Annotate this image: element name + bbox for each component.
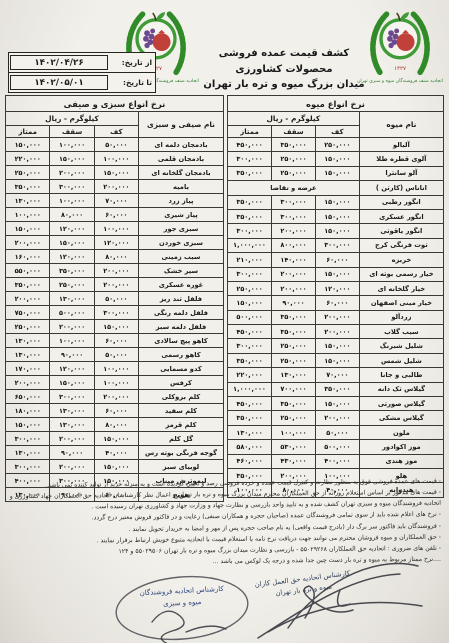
stamp-left-title: کارشناس اتحادیه فروشندگان میوه و سبزی — [115, 583, 248, 613]
premium-price: ۲۰۰,۰۰۰ — [6, 292, 50, 306]
item-name: غوره عسکری — [138, 278, 223, 292]
date-from-row: از تاریخ: ۱۴۰۲/۰۴/۲۶ — [9, 53, 155, 72]
floor-price: ۱۵۰,۰۰۰ — [315, 353, 359, 367]
premium-price: ۴۵۰,۰۰۰ — [228, 138, 272, 152]
table-row: فلفل دلمه رنگی ۳۰۰,۰۰۰ ۵۰۰,۰۰۰ ۷۵۰,۰۰۰ — [6, 306, 224, 320]
ceiling-price: ۱۰۰,۰۰۰ — [50, 334, 94, 348]
premium-price: ۵۸۰,۰۰۰ — [228, 440, 272, 454]
table-row: آلوی قطره طلا ۱۵۰,۰۰۰ ۲۵۰,۰۰۰ ۳۰۰,۰۰۰ — [228, 152, 444, 166]
ceiling-price: ۱۳۰,۰۰۰ — [50, 404, 94, 418]
floor-price: ۵۰,۰۰۰ — [94, 292, 138, 306]
premium-price: ۱۳۰,۰۰۰ — [6, 348, 50, 362]
ceiling-price: ۱۳۰,۰۰۰ — [50, 292, 94, 306]
floor-price: ۳۰۰,۰۰۰ — [315, 238, 359, 252]
item-name: سبزی خوردن — [138, 236, 223, 250]
premium-price: ۱۳۰,۰۰۰ — [6, 446, 50, 460]
ceiling-price: ۱۴۰,۰۰۰ — [272, 253, 316, 267]
table-row: خیار مینی اصفهان ۶۰,۰۰۰ ۹۰,۰۰۰ ۱۵۰,۰۰۰ — [228, 296, 444, 310]
floor-price: ۱۵۰,۰۰۰ — [315, 195, 359, 209]
floor-price: ۶۰,۰۰۰ — [94, 334, 138, 348]
table-row: کاهو پیچ سالادی ۶۰,۰۰۰ ۱۰۰,۰۰۰ ۱۳۰,۰۰۰ — [6, 334, 224, 348]
col-ceiling: سقف — [50, 126, 94, 138]
ceiling-price: ۹۰,۰۰۰ — [50, 348, 94, 362]
floor-price: ۲۵۰,۰۰۰ — [315, 138, 359, 152]
item-name: کلم بروکلی — [138, 390, 223, 404]
ceiling-price: ۴۳۰,۰۰۰ — [272, 454, 316, 468]
ceiling-price: ۲۰۰,۰۰۰ — [272, 224, 316, 238]
floor-price: ۶۰,۰۰۰ — [94, 208, 138, 222]
premium-price: ۳۵۰,۰۰۰ — [6, 180, 50, 194]
item-name: انگور رطبی — [359, 195, 443, 209]
item-name: کاهو رسمی — [138, 348, 223, 362]
floor-price: ۲۰۰,۰۰۰ — [94, 390, 138, 404]
floor-price: ۵۰,۰۰۰ — [94, 138, 138, 152]
premium-price: ۱۸۰,۰۰۰ — [6, 404, 50, 418]
vegetable-price-table: نرخ انواع سبزی و صیفی نام صیفی و سبزی کی… — [5, 95, 224, 502]
floor-price: ۱۵۰,۰۰۰ — [315, 339, 359, 353]
ceiling-price: ۵۳۰,۰۰۰ — [272, 440, 316, 454]
stamp-signature-scribble-icon — [152, 611, 226, 643]
ceiling-price: ۱۰۰,۰۰۰ — [272, 425, 316, 439]
floor-price: ۶۰,۰۰۰ — [315, 253, 359, 267]
veg-name-header: نام صیفی و سبزی — [138, 112, 223, 138]
item-name: کلم قرمز — [138, 418, 223, 432]
floor-price: ۲۰۰,۰۰۰ — [94, 264, 138, 278]
table-row: موز اکوادور ۵۰۰,۰۰۰ ۵۳۰,۰۰۰ ۵۸۰,۰۰۰ — [228, 440, 444, 454]
table-row: خربزه ۶۰,۰۰۰ ۱۴۰,۰۰۰ ۲۱۰,۰۰۰ — [228, 253, 444, 267]
table-row: سیب زمینی ۸۰,۰۰۰ ۱۲۰,۰۰۰ ۱۶۰,۰۰۰ — [6, 250, 224, 264]
premium-price: ۳۵۰,۰۰۰ — [228, 411, 272, 425]
item-name: آلو سانترا — [359, 166, 443, 180]
ceiling-price: ۳۰۰,۰۰۰ — [272, 209, 316, 223]
table-row: فلفل تند ریز ۵۰,۰۰۰ ۱۳۰,۰۰۰ ۲۰۰,۰۰۰ — [6, 292, 224, 306]
floor-price: ۶۰,۰۰۰ — [94, 404, 138, 418]
item-name: ملون — [359, 425, 443, 439]
premium-price: ۳۰۰,۰۰۰ — [228, 267, 272, 281]
premium-price: ۳۵۰,۰۰۰ — [6, 278, 50, 292]
ceiling-price: ۱۳۰,۰۰۰ — [50, 418, 94, 432]
item-name: گوجه فرنگی بوته رس — [138, 446, 223, 460]
floor-price: ۸۰,۰۰۰ — [94, 418, 138, 432]
col-premium: ممتاز — [6, 126, 50, 138]
floor-price: ۲۰۰,۰۰۰ — [315, 411, 359, 425]
table-row: آلبالو ۲۵۰,۰۰۰ ۳۵۰,۰۰۰ ۴۵۰,۰۰۰ — [228, 138, 444, 152]
ceiling-price: ۳۵۰,۰۰۰ — [50, 264, 94, 278]
premium-price: ۲۵۰,۰۰۰ — [6, 166, 50, 180]
premium-price: ۴۵۰,۰۰۰ — [228, 397, 272, 411]
item-name: گل کلم — [138, 432, 223, 446]
premium-price: ۳۵۰,۰۰۰ — [228, 353, 272, 367]
table-row: ملون ۵۰,۰۰۰ ۱۰۰,۰۰۰ ۱۳۰,۰۰۰ — [228, 425, 444, 439]
ceiling-price: ۱۰۰,۰۰۰ — [50, 138, 94, 152]
premium-price: ۲۰۰,۰۰۰ — [6, 376, 50, 390]
table-row: خیار گلخانه ای ۱۲۰,۰۰۰ ۲۰۰,۰۰۰ ۲۵۰,۰۰۰ — [228, 281, 444, 295]
item-name: خیار گلخانه ای — [359, 281, 443, 295]
fruit-name-header: نام میوه — [359, 112, 443, 138]
item-name: پیاز شیری — [138, 208, 223, 222]
ceiling-price: ۱۵۰,۰۰۰ — [50, 236, 94, 250]
unit-header: کیلوگرم - ریال — [6, 112, 139, 126]
item-name: آلبالو — [359, 138, 443, 152]
floor-price: ۱۵۰,۰۰۰ — [315, 267, 359, 281]
premium-price: ۲۲۰,۰۰۰ — [6, 152, 50, 166]
title-line-1: کشف قیمت عمده فروشی محصولات کشاورزی — [202, 46, 366, 77]
logo-caption: اتحادیه صنف فروشندگان میوه و سبزی تهران — [352, 79, 448, 85]
premium-price: ۳۵۰,۰۰۰ — [228, 166, 272, 180]
premium-price: ۳۰۰,۰۰۰ — [228, 339, 272, 353]
floor-price: ۵۰۰,۰۰۰ — [315, 440, 359, 454]
col-premium: ممتاز — [228, 126, 272, 138]
table-row: اناناس (کارتن ) عرضه و تقاضا — [228, 181, 444, 195]
table-row: کلم بروکلی ۲۰۰,۰۰۰ ۳۰۰,۰۰۰ ۶۵۰,۰۰۰ — [6, 390, 224, 404]
ceiling-price: ۲۰۰,۰۰۰ — [272, 281, 316, 295]
premium-price: ۱,۰۰۰,۰۰۰ — [228, 382, 272, 396]
table-row: طالبی و جانا ۷۰,۰۰۰ ۱۳۰,۰۰۰ ۲۲۰,۰۰۰ — [228, 368, 444, 382]
date-to-value: ۱۴۰۲/۰۵/۰۱ — [10, 75, 108, 91]
union-logo-right: ۱۳۲۷ — [364, 3, 436, 79]
premium-price: ۳۰۰,۰۰۰ — [6, 460, 50, 474]
item-name: گیلاس صورتی — [359, 397, 443, 411]
apple-icon — [137, 12, 175, 58]
premium-price: ۴۶۰,۰۰۰ — [228, 454, 272, 468]
item-name: بادمجان قلمی — [138, 152, 223, 166]
floor-price: ۱۵۰,۰۰۰ — [94, 460, 138, 474]
title-line-2: میدان بزرگ میوه و تره بار تهران — [202, 77, 366, 93]
premium-price: ۳۵۰,۰۰۰ — [228, 195, 272, 209]
floor-price: ۱۵۰,۰۰۰ — [315, 209, 359, 223]
premium-price: ۱۷۰,۰۰۰ — [6, 362, 50, 376]
floor-price: ۱۵۰,۰۰۰ — [94, 320, 138, 334]
ceiling-price: ۸۰,۰۰۰ — [50, 208, 94, 222]
table-row: سبزی جور ۱۰۰,۰۰۰ ۱۲۰,۰۰۰ ۱۵۰,۰۰۰ — [6, 222, 224, 236]
item-name: بامیه — [138, 180, 223, 194]
ceiling-price: ۱۵۰,۰۰۰ — [50, 376, 94, 390]
ceiling-price: ۲۵۰,۰۰۰ — [272, 166, 316, 180]
premium-price: ۱۵۰,۰۰۰ — [228, 296, 272, 310]
item-name: کدو مسمایی — [138, 362, 223, 376]
ceiling-price: ۱۵۰,۰۰۰ — [50, 152, 94, 166]
ceiling-price: ۲۵۰,۰۰۰ — [272, 339, 316, 353]
ceiling-price: ۳۵۰,۰۰۰ — [272, 138, 316, 152]
item-name: پیاز زرد — [138, 194, 223, 208]
premium-price: ۱۵۰,۰۰۰ — [6, 138, 50, 152]
floor-price: ۱۰۰,۰۰۰ — [94, 362, 138, 376]
premium-price: ۵۰۰,۰۰۰ — [228, 310, 272, 324]
premium-price: ۲۵۰,۰۰۰ — [228, 281, 272, 295]
floor-price: ۲۰۰,۰۰۰ — [94, 278, 138, 292]
floor-price: ۸۰,۰۰۰ — [94, 250, 138, 264]
floor-price: ۴۰,۰۰۰ — [94, 446, 138, 460]
ceiling-price: ۹۰,۰۰۰ — [272, 296, 316, 310]
ceiling-price: ۲۰۰,۰۰۰ — [272, 267, 316, 281]
signature-right-title: کارشناس اتحادیه حق العمل کاران میوه و تر… — [239, 566, 367, 602]
premium-price: ۳۵۰,۰۰۰ — [228, 209, 272, 223]
item-name: سبزی جور — [138, 222, 223, 236]
table-row: زردآلو ۲۰۰,۰۰۰ ۳۵۰,۰۰۰ ۵۰۰,۰۰۰ — [228, 310, 444, 324]
item-name: سیب زمینی — [138, 250, 223, 264]
ceiling-price: ۱۳۰,۰۰۰ — [272, 368, 316, 382]
ceiling-price: ۲۰۰,۰۰۰ — [50, 166, 94, 180]
item-name: موز هندی — [359, 454, 443, 468]
ceiling-price: ۱۰۰,۰۰۰ — [50, 194, 94, 208]
ceiling-price: ۳۰۰,۰۰۰ — [50, 390, 94, 404]
ceiling-price: ۸۰۰,۰۰۰ — [272, 238, 316, 252]
table-row: بامیه ۲۰۰,۰۰۰ ۳۰۰,۰۰۰ ۳۵۰,۰۰۰ — [6, 180, 224, 194]
ceiling-price: ۳۰۰,۰۰۰ — [50, 180, 94, 194]
apple-icon — [381, 12, 419, 58]
unit-header: کیلوگرم - ریال — [228, 112, 360, 126]
floor-price: ۲۰۰,۰۰۰ — [94, 180, 138, 194]
premium-price: ۴۵۰,۰۰۰ — [228, 325, 272, 339]
col-ceiling: سقف — [272, 126, 316, 138]
floor-price: ۱۵۰,۰۰۰ — [315, 397, 359, 411]
floor-price: ۵۰,۰۰۰ — [315, 425, 359, 439]
item-name: خیار مینی اصفهان — [359, 296, 443, 310]
ceiling-price: ۳۵۰,۰۰۰ — [272, 325, 316, 339]
premium-price: ۳۰۰,۰۰۰ — [6, 432, 50, 446]
item-name: توت فرنگی کرج — [359, 238, 443, 252]
premium-price: ۱۵۰,۰۰۰ — [6, 418, 50, 432]
item-name: بادمجان دلمه ای — [138, 138, 223, 152]
ceiling-price: ۲۵۰,۰۰۰ — [272, 152, 316, 166]
table-row: سیر خشک ۲۰۰,۰۰۰ ۳۵۰,۰۰۰ ۵۵۰,۰۰۰ — [6, 264, 224, 278]
table-row: پیاز زرد ۷۰,۰۰۰ ۱۰۰,۰۰۰ ۱۳۰,۰۰۰ — [6, 194, 224, 208]
floor-price: ۳۰۰,۰۰۰ — [94, 306, 138, 320]
premium-price: ۲۰۰,۰۰۰ — [6, 236, 50, 250]
table-row: گیلاس مشکی ۲۰۰,۰۰۰ ۲۵۰,۰۰۰ ۳۵۰,۰۰۰ — [228, 411, 444, 425]
item-name: سیر خشک — [138, 264, 223, 278]
floor-price: ۶۰,۰۰۰ — [315, 296, 359, 310]
premium-price: ۶۵۰,۰۰۰ — [6, 390, 50, 404]
item-name: فلفل دلمه سبز — [138, 320, 223, 334]
item-name: بادمجان گلخانه ای — [138, 166, 223, 180]
floor-price: ۱۰۰,۰۰۰ — [94, 222, 138, 236]
table-row: شلیل شبرنگ ۱۵۰,۰۰۰ ۲۵۰,۰۰۰ ۳۰۰,۰۰۰ — [228, 339, 444, 353]
table-row: انگور یاقوتی ۱۵۰,۰۰۰ ۲۰۰,۰۰۰ ۳۰۰,۰۰۰ — [228, 224, 444, 238]
item-name: فلفل دلمه رنگی — [138, 306, 223, 320]
floor-price: ۱۵۰,۰۰۰ — [315, 152, 359, 166]
item-name: لوبیای سبز — [138, 460, 223, 474]
ceiling-price: ۲۰۰,۰۰۰ — [50, 320, 94, 334]
table-row: لوبیای سبز ۱۵۰,۰۰۰ ۲۰۰,۰۰۰ ۳۰۰,۰۰۰ — [6, 460, 224, 474]
item-name: خیار رسمی بوته ای — [359, 267, 443, 281]
floor-price: ۱۵۰,۰۰۰ — [315, 224, 359, 238]
floor-price: ۲۰۰,۰۰۰ — [315, 310, 359, 324]
premium-price: ۱۵۰,۰۰۰ — [6, 222, 50, 236]
item-name: آلوی قطره طلا — [359, 152, 443, 166]
item-name: شلیل شبرنگ — [359, 339, 443, 353]
floor-price: ۱۲۰,۰۰۰ — [94, 236, 138, 250]
ceiling-price: ۲۵۰,۰۰۰ — [50, 278, 94, 292]
premium-price: ۳۰۰,۰۰۰ — [228, 152, 272, 166]
date-range-box: از تاریخ: ۱۴۰۲/۰۴/۲۶ تا تاریخ: ۱۴۰۲/۰۵/۰… — [8, 52, 156, 93]
premium-price: ۱,۰۰۰,۰۰۰ — [228, 238, 272, 252]
ceiling-price: ۲۰۰,۰۰۰ — [50, 432, 94, 446]
table-row: سبزی خوردن ۱۲۰,۰۰۰ ۱۵۰,۰۰۰ ۲۰۰,۰۰۰ — [6, 236, 224, 250]
item-name: طالبی و جانا — [359, 368, 443, 382]
table-row: موز هندی ۴۰۰,۰۰۰ ۴۳۰,۰۰۰ ۴۶۰,۰۰۰ — [228, 454, 444, 468]
premium-price: ۷۵۰,۰۰۰ — [6, 306, 50, 320]
item-name: گیلاس مشکی — [359, 411, 443, 425]
table-row: بادمجان دلمه ای ۵۰,۰۰۰ ۱۰۰,۰۰۰ ۱۵۰,۰۰۰ — [6, 138, 224, 152]
scanned-price-sheet: ۱۳۲۷ اتحادیه صنف فروشندگان میوه و سبزی ت… — [0, 0, 449, 643]
footnotes: - قیمت های عمده فروشی فوق به منظور نظارت… — [8, 478, 441, 567]
table-row: کلم قرمز ۸۰,۰۰۰ ۱۳۰,۰۰۰ ۱۵۰,۰۰۰ — [6, 418, 224, 432]
fruit-table-title: نرخ انواع میوه — [228, 96, 444, 112]
table-row: فلفل دلمه سبز ۱۵۰,۰۰۰ ۲۰۰,۰۰۰ ۲۵۰,۰۰۰ — [6, 320, 224, 334]
floor-price: ۱۰۰,۰۰۰ — [94, 152, 138, 166]
ceiling-price: ۲۵۰,۰۰۰ — [272, 353, 316, 367]
ceiling-price: ۹۰,۰۰۰ — [50, 446, 94, 460]
table-row: غوره عسکری ۲۰۰,۰۰۰ ۲۵۰,۰۰۰ ۳۵۰,۰۰۰ — [6, 278, 224, 292]
premium-price: ۱۶۰,۰۰۰ — [6, 250, 50, 264]
item-name: کلم سفید — [138, 404, 223, 418]
ceiling-price: ۲۰۰,۰۰۰ — [50, 460, 94, 474]
item-name: کرفس — [138, 376, 223, 390]
ceiling-price: ۵۰۰,۰۰۰ — [50, 306, 94, 320]
premium-price: ۱۳۰,۰۰۰ — [6, 194, 50, 208]
table-row: توت فرنگی کرج ۳۰۰,۰۰۰ ۸۰۰,۰۰۰ ۱,۰۰۰,۰۰۰ — [228, 238, 444, 252]
date-from-label: از تاریخ: — [109, 58, 155, 67]
item-name: خربزه — [359, 253, 443, 267]
floor-price: ۴۰۰,۰۰۰ — [315, 454, 359, 468]
premium-price: ۲۲۰,۰۰۰ — [228, 368, 272, 382]
table-row: گیلاس صورتی ۱۵۰,۰۰۰ ۳۵۰,۰۰۰ ۴۵۰,۰۰۰ — [228, 397, 444, 411]
logo-year-text: ۱۳۲۷ — [394, 66, 406, 72]
veg-table-title: نرخ انواع سبزی و صیفی — [6, 96, 224, 112]
table-row: انگور عسکری ۱۵۰,۰۰۰ ۳۰۰,۰۰۰ ۳۵۰,۰۰۰ — [228, 209, 444, 223]
item-name: اناناس (کارتن ) — [359, 181, 443, 195]
date-from-value: ۱۴۰۲/۰۴/۲۶ — [10, 55, 108, 71]
table-row: بادمجان قلمی ۱۰۰,۰۰۰ ۱۵۰,۰۰۰ ۲۲۰,۰۰۰ — [6, 152, 224, 166]
ceiling-price: ۱۲۰,۰۰۰ — [50, 362, 94, 376]
item-name: کاهو پیچ سالادی — [138, 334, 223, 348]
floor-price: ۷۰,۰۰۰ — [315, 368, 359, 382]
ceiling-price: ۳۵۰,۰۰۰ — [272, 310, 316, 324]
floor-price: ۱۵۰,۰۰۰ — [315, 166, 359, 180]
floor-price: ۱۵۰,۰۰۰ — [94, 432, 138, 446]
page-title: کشف قیمت عمده فروشی محصولات کشاورزی میدا… — [202, 46, 366, 93]
premium-price: ۱۳۰,۰۰۰ — [228, 425, 272, 439]
floor-price: ۷۰,۰۰۰ — [94, 194, 138, 208]
table-row: گیلاس تک دانه ۳۵۰,۰۰۰ ۷۰۰,۰۰۰ ۱,۰۰۰,۰۰۰ — [228, 382, 444, 396]
premium-price: ۳۰۰,۰۰۰ — [228, 224, 272, 238]
table-row: کدو مسمایی ۱۰۰,۰۰۰ ۱۲۰,۰۰۰ ۱۷۰,۰۰۰ — [6, 362, 224, 376]
item-name: فلفل تند ریز — [138, 292, 223, 306]
table-row: بادمجان گلخانه ای ۱۵۰,۰۰۰ ۲۰۰,۰۰۰ ۲۵۰,۰۰… — [6, 166, 224, 180]
table-row: گل کلم ۱۵۰,۰۰۰ ۲۰۰,۰۰۰ ۳۰۰,۰۰۰ — [6, 432, 224, 446]
premium-price: ۲۵۰,۰۰۰ — [6, 320, 50, 334]
table-row: کرفس ۱۰۰,۰۰۰ ۱۵۰,۰۰۰ ۲۰۰,۰۰۰ — [6, 376, 224, 390]
floor-price: ۵۰,۰۰۰ — [94, 348, 138, 362]
floor-price: ۲۰۰,۰۰۰ — [315, 325, 359, 339]
table-row: آلو سانترا ۱۵۰,۰۰۰ ۲۵۰,۰۰۰ ۳۵۰,۰۰۰ — [228, 166, 444, 180]
item-name: زردآلو — [359, 310, 443, 324]
floor-price: ۳۵۰,۰۰۰ — [315, 382, 359, 396]
floor-price: ۱۰۰,۰۰۰ — [94, 376, 138, 390]
date-to-row: تا تاریخ: ۱۴۰۲/۰۵/۰۱ — [9, 72, 155, 92]
table-row: خیار رسمی بوته ای ۱۵۰,۰۰۰ ۲۰۰,۰۰۰ ۳۰۰,۰۰… — [228, 267, 444, 281]
premium-price: ۲۱۰,۰۰۰ — [228, 253, 272, 267]
table-row: شلیل شمس ۱۵۰,۰۰۰ ۲۵۰,۰۰۰ ۳۵۰,۰۰۰ — [228, 353, 444, 367]
item-name: انگور یاقوتی — [359, 224, 443, 238]
fruit-price-table: نرخ انواع میوه نام میوه کیلوگرم - ریال ک… — [227, 95, 444, 498]
col-floor: کف — [94, 126, 138, 138]
ceiling-price: ۷۰۰,۰۰۰ — [272, 382, 316, 396]
floor-price: ۱۵۰,۰۰۰ — [94, 166, 138, 180]
col-floor: کف — [315, 126, 359, 138]
ceiling-price: ۳۰۰,۰۰۰ — [272, 195, 316, 209]
floor-price: ۱۲۰,۰۰۰ — [315, 281, 359, 295]
item-name: گیلاس تک دانه — [359, 382, 443, 396]
table-row: گوجه فرنگی بوته رس ۴۰,۰۰۰ ۹۰,۰۰۰ ۱۳۰,۰۰۰ — [6, 446, 224, 460]
ceiling-price: ۲۵۰,۰۰۰ — [272, 411, 316, 425]
supply-demand-cell: عرضه و تقاضا — [228, 181, 360, 195]
premium-price: ۱۳۰,۰۰۰ — [6, 334, 50, 348]
ceiling-price: ۳۵۰,۰۰۰ — [272, 397, 316, 411]
date-to-label: تا تاریخ: — [109, 78, 155, 87]
ceiling-price: ۱۲۰,۰۰۰ — [50, 250, 94, 264]
item-name: موز اکوادور — [359, 440, 443, 454]
table-row: کلم سفید ۶۰,۰۰۰ ۱۳۰,۰۰۰ ۱۸۰,۰۰۰ — [6, 404, 224, 418]
table-row: پیاز شیری ۶۰,۰۰۰ ۸۰,۰۰۰ ۱۰۰,۰۰۰ — [6, 208, 224, 222]
item-name: شلیل شمس — [359, 353, 443, 367]
table-row: انگور رطبی ۱۵۰,۰۰۰ ۳۰۰,۰۰۰ ۳۵۰,۰۰۰ — [228, 195, 444, 209]
item-name: انگور عسکری — [359, 209, 443, 223]
table-row: کاهو رسمی ۵۰,۰۰۰ ۹۰,۰۰۰ ۱۳۰,۰۰۰ — [6, 348, 224, 362]
item-name: سیب گلاب — [359, 325, 443, 339]
table-row: سیب گلاب ۲۰۰,۰۰۰ ۳۵۰,۰۰۰ ۴۵۰,۰۰۰ — [228, 325, 444, 339]
premium-price: ۵۵۰,۰۰۰ — [6, 264, 50, 278]
premium-price: ۱۰۰,۰۰۰ — [6, 208, 50, 222]
ceiling-price: ۱۲۰,۰۰۰ — [50, 222, 94, 236]
